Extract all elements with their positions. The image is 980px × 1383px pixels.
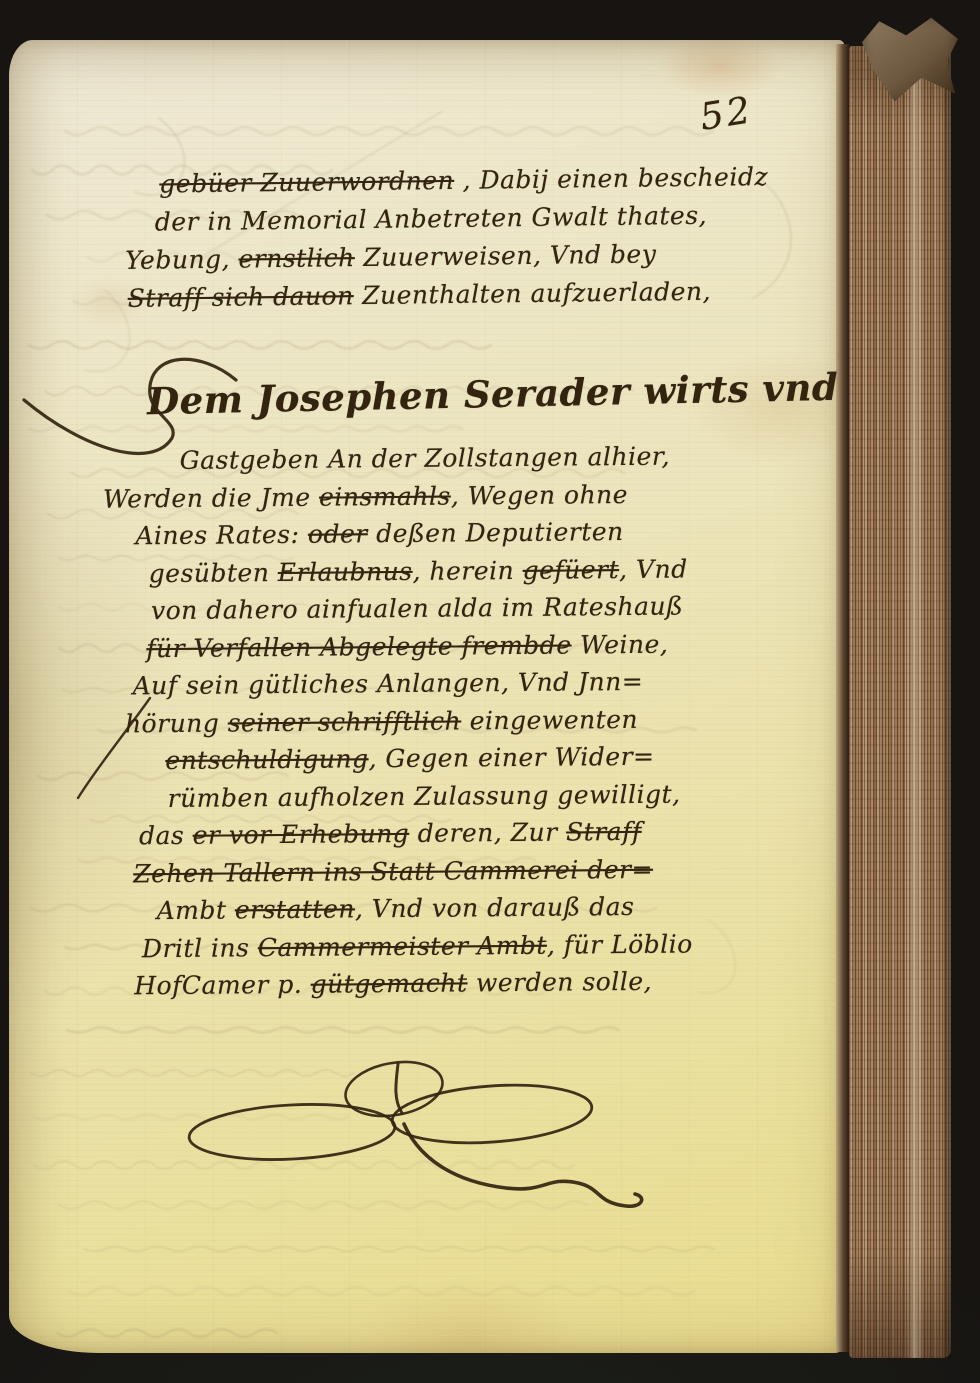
manuscript-line: Zehen Tallern ins Statt Cammerei der= [133,850,692,892]
text-run: , Dabij einen bescheidz [454,162,768,195]
text-run: Weine, [571,629,668,659]
manuscript-line: Dritl ins Cammermeister Ambt, für Löblio [142,925,693,967]
struck-text: entschuldigung [165,744,368,775]
fore-edge-highlight-band [908,46,924,1358]
text-run: Zuenthalten aufzuerladen, [354,277,712,310]
struck-text: Straff sich dauon [128,281,354,313]
text-run: Auf sein gütliches Anlangen, Vnd Jnn= [133,667,644,700]
struck-text: Straff [566,817,642,847]
manuscript-line: entschuldigung, Gegen einer Wider= [165,737,691,779]
struck-text: einsmahls [319,481,451,511]
text-run: deßen Deputierten [368,517,624,548]
text-run: , Gegen einer Wider= [368,742,654,773]
text-run: , für Löblio [547,929,693,959]
text-run: deren, Zur [409,818,566,848]
manuscript-line: das er vor Erhebung deren, Zur Straff [139,812,692,854]
text-run: , herein [412,555,522,585]
struck-text: Erlaubnus [278,556,413,586]
manuscript-line: gesübten Erlaubnus, herein gefüert, Vnd [149,550,690,592]
page-number: 52 [697,88,756,139]
text-run: Ambt [157,895,236,925]
page-gutter-seam [836,44,849,1352]
manuscript-line: Aines Rates: oder deßen Deputierten [135,512,689,554]
struck-text: Cammermeister Ambt [258,930,547,962]
entry-body: Gastgeben An der Zollstangen alhier,Werd… [103,437,694,1005]
struck-text: oder [308,519,368,549]
struck-text: ernstlich [238,243,355,273]
opening-paragraph: gebüer Zuuerwordnen , Dabij einen besche… [119,158,770,318]
fore-edge-shadow-rim [941,46,951,1358]
text-run: Yebung, [125,245,239,275]
text-run: Gastgeben An der Zollstangen alhier, [180,442,671,475]
manuscript-line: der in Memorial Anbetreten Gwalt thates, [155,196,769,241]
manuscript-line: Gastgeben An der Zollstangen alhier, [180,437,689,479]
manuscript-line: HofCamer p. gütgemacht werden solle, [134,962,693,1004]
struck-text: gefüert [523,555,620,585]
manuscript-line: Werden die Jme einsmahls, Wegen ohne [103,475,689,518]
text-run: von dahero ainfualen alda im Rateshauß [151,592,683,626]
manuscript-line: Straff sich dauon Zuenthalten aufzuerlad… [127,272,769,318]
text-run: Aines Rates: [135,520,308,551]
struck-text: gütgemacht [311,968,468,998]
struck-text: er vor Erhebung [193,819,410,850]
manuscript-line: für Verfallen Abgelegte frembde Weine, [146,625,690,667]
text-run: eingewenten [461,704,638,735]
text-run: rümben aufholzen Zulassung gewilligt, [168,779,681,812]
text-run: der in Memorial Anbetreten Gwalt thates, [155,201,708,237]
manuscript-photo: 52 gebüer Zuuerwordnen , Dabij einen bes… [0,0,980,1383]
text-run: werden solle, [467,967,652,998]
struck-text: für Verfallen Abgelegte frembde [146,630,571,663]
struck-text: seiner schrifftlich [228,706,462,737]
text-run: Werden die Jme [103,482,319,513]
manuscript-line: hörung seiner schrifftlich eingewenten [125,700,691,742]
manuscript-line: Auf sein gütliches Anlangen, Vnd Jnn= [133,662,691,704]
text-run: hörung [125,708,228,738]
text-run: Dritl ins [142,933,258,963]
text-run: , Vnd von darauß das [355,892,635,923]
text-run: gesübten [149,558,278,588]
manuscript-line: von dahero ainfualen alda im Rateshauß [151,587,690,629]
struck-text: erstatten [235,894,355,924]
text-run: das [139,821,193,850]
text-run: , Vnd [619,554,688,584]
text-run: , Wegen ohne [451,479,628,510]
book-fore-edge [849,46,951,1358]
struck-text: gebüer Zuuerwordnen [159,166,454,199]
manuscript-line: Ambt erstatten, Vnd von darauß das [156,887,692,929]
struck-text: Zehen Tallern ins Statt Cammerei der= [133,854,653,888]
text-run: Zuuerweisen, Vnd bey [355,239,657,272]
text-run: HofCamer p. [134,970,311,1001]
manuscript-line: rümben aufholzen Zulassung gewilligt, [167,775,691,817]
